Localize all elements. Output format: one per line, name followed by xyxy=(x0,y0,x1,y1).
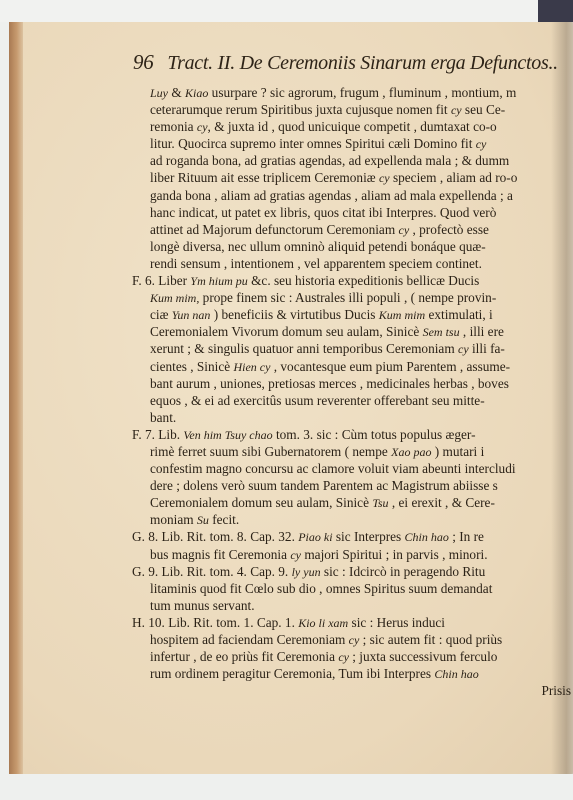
text-run: litur. Quocirca supremo inter omnes Spir… xyxy=(150,136,476,151)
adjacent-page-edge xyxy=(538,0,573,22)
text-run: litaminis quod fit Cœlo sub dio , omnes … xyxy=(150,581,492,596)
italic-term: Piao ki xyxy=(298,530,332,544)
page-number: 96 xyxy=(133,50,153,74)
citation-entry-line: G. 8. Lib. Rit. tom. 8. Cap. 32. Piao ki… xyxy=(132,528,573,545)
catchword: Prisis xyxy=(150,682,573,699)
text-line: rimè ferret suum sibi Gubernatorem ( nem… xyxy=(150,443,573,460)
text-line: ad roganda bona, ad gratias agendas, ad … xyxy=(150,152,573,169)
text-run: liber Rituum ait esse triplicem Ceremoni… xyxy=(150,170,379,185)
italic-term: cy xyxy=(197,120,208,134)
italic-term: Chin hao xyxy=(405,530,449,544)
body-text: Luy & Kiao usurpare ? sic agrorum, frugu… xyxy=(150,84,573,699)
text-line: cientes , Sinicè Hien cy , vocantesque e… xyxy=(150,358,573,375)
text-run: ceterarumque rerum Spiritibus juxta cuju… xyxy=(150,102,451,117)
text-run: G. 9. Lib. Rit. tom. 4. Cap. 9. xyxy=(132,564,292,579)
text-line: xerunt ; & singulis quatuor anni tempori… xyxy=(150,340,573,357)
text-run: ) mutari i xyxy=(431,444,484,459)
text-run: ganda bona , aliam ad gratias agendas , … xyxy=(150,188,513,203)
text-line: Ceremonialem Vivorum domum seu aulam, Si… xyxy=(150,323,573,340)
italic-term: cy xyxy=(458,342,469,356)
text-line: ciæ Yun nan ) beneficiis & virtutibus Du… xyxy=(150,306,573,323)
text-run: majori Spiritui ; in parvis , minori. xyxy=(301,547,488,562)
italic-term: Ym hium pu xyxy=(190,274,247,288)
text-line: attinet ad Majorum defunctorum Ceremonia… xyxy=(150,221,573,238)
text-run: bant aurum , uniones, pretiosas merces ,… xyxy=(150,376,509,391)
text-run: hanc indicat, ut patet ex libris, quos c… xyxy=(150,205,496,220)
text-run: usurpare ? sic agrorum, frugum , fluminu… xyxy=(208,85,516,100)
text-run: bus magnis fit Ceremonia xyxy=(150,547,290,562)
text-run: prope finem sic : Australes illi populi … xyxy=(199,290,496,305)
italic-term: ly yun xyxy=(292,565,321,579)
text-run: F. 6. Liber xyxy=(132,273,190,288)
text-line: remonia cy, & juxta id , quod unicuique … xyxy=(150,118,573,135)
text-line: rum ordinem peragitur Ceremonia, Tum ibi… xyxy=(150,665,573,682)
italic-term: Su xyxy=(197,513,209,527)
text-line: rendi sensum , intentionem , vel apparen… xyxy=(150,255,573,272)
italic-term: cy xyxy=(349,633,360,647)
text-line: bus magnis fit Ceremonia cy majori Spiri… xyxy=(150,546,573,563)
running-title: Tract. II. De Ceremoniis Sinarum erga De… xyxy=(167,52,557,74)
running-header: 96Tract. II. De Ceremoniis Sinarum erga … xyxy=(133,50,573,75)
italic-term: Ven him Tsuy chao xyxy=(183,428,272,442)
italic-term: cy xyxy=(290,548,301,562)
text-line: ceterarumque rerum Spiritibus juxta cuju… xyxy=(150,101,573,118)
text-run: tom. 3. sic : Cùm totus populus æger- xyxy=(273,427,476,442)
italic-term: cy xyxy=(338,650,349,664)
italic-term: cy xyxy=(476,137,487,151)
text-line: infertur , de eo priùs fit Ceremonia cy … xyxy=(150,648,573,665)
text-line: litur. Quocirca supremo inter omnes Spir… xyxy=(150,135,573,152)
text-run: ; juxta successivum ferculo xyxy=(349,649,497,664)
text-run: equos , & ei ad exercitûs usum reverente… xyxy=(150,393,485,408)
italic-term: Kiao xyxy=(185,86,208,100)
text-run: ; In re xyxy=(449,529,484,544)
text-run: infertur , de eo priùs fit Ceremonia xyxy=(150,649,338,664)
citation-entry-line: F. 7. Lib. Ven him Tsuy chao tom. 3. sic… xyxy=(132,426,573,443)
italic-term: Tsu xyxy=(372,496,388,510)
italic-term: Sem tsu xyxy=(423,325,460,339)
text-run: ciæ xyxy=(150,307,172,322)
text-run: moniam xyxy=(150,512,197,527)
citation-entry-line: H. 10. Lib. Rit. tom. 1. Cap. 1. Kio li … xyxy=(132,614,573,631)
background-bottom xyxy=(0,774,573,800)
text-run: sic : Herus induci xyxy=(348,615,445,630)
text-line: tum munus servant. xyxy=(150,597,573,614)
italic-term: Kio li xam xyxy=(298,616,348,630)
italic-term: cy xyxy=(451,103,462,117)
text-run: fecit. xyxy=(209,512,239,527)
text-run: , ei erexit , & Cere- xyxy=(389,495,495,510)
text-line: Kum mim, prope finem sic : Australes ill… xyxy=(150,289,573,306)
text-line: litaminis quod fit Cœlo sub dio , omnes … xyxy=(150,580,573,597)
italic-term: Luy xyxy=(150,86,168,100)
text-run: sic Interpres xyxy=(333,529,405,544)
text-run: , & juxta id , quod unicuique competit ,… xyxy=(208,119,497,134)
text-line: hanc indicat, ut patet ex libris, quos c… xyxy=(150,204,573,221)
italic-term: Xao pao xyxy=(391,445,431,459)
text-run: G. 8. Lib. Rit. tom. 8. Cap. 32. xyxy=(132,529,298,544)
text-run: rendi sensum , intentionem , vel apparen… xyxy=(150,256,482,271)
text-run: illi fa- xyxy=(469,341,505,356)
citation-entry-line: G. 9. Lib. Rit. tom. 4. Cap. 9. ly yun s… xyxy=(132,563,573,580)
text-run: extimulati, i xyxy=(425,307,493,322)
text-run: Ceremonialem domum seu aulam, Sinicè xyxy=(150,495,372,510)
text-line: bant aurum , uniones, pretiosas merces ,… xyxy=(150,375,573,392)
italic-term: cy xyxy=(379,171,390,185)
text-run: sic : Idcircò in peragendo Ritu xyxy=(321,564,486,579)
italic-term: Kum mim xyxy=(379,308,425,322)
text-run: F. 7. Lib. xyxy=(132,427,183,442)
text-line: moniam Su fecit. xyxy=(150,511,573,528)
text-line: liber Rituum ait esse triplicem Ceremoni… xyxy=(150,169,573,186)
text-line: equos , & ei ad exercitûs usum reverente… xyxy=(150,392,573,409)
show-through-text xyxy=(170,706,550,740)
text-run: dere ; dolens verò suum tandem Parentem … xyxy=(150,478,498,493)
text-run: Ceremonialem Vivorum domum seu aulam, Si… xyxy=(150,324,423,339)
text-run: remonia xyxy=(150,119,197,134)
text-line: hospitem ad faciendam Ceremoniam cy ; si… xyxy=(150,631,573,648)
text-run: rimè ferret suum sibi Gubernatorem ( nem… xyxy=(150,444,391,459)
text-run: seu Ce- xyxy=(462,102,506,117)
text-run: xerunt ; & singulis quatuor anni tempori… xyxy=(150,341,458,356)
text-run: ; sic autem fit : quod priùs xyxy=(359,632,502,647)
text-run: hospitem ad faciendam Ceremoniam xyxy=(150,632,349,647)
text-run: speciem , aliam ad ro-o xyxy=(390,170,518,185)
text-run: , vocantesque eum pium Parentem , assume… xyxy=(270,359,510,374)
text-run: & xyxy=(168,85,185,100)
citation-entry-line: F. 6. Liber Ym hium pu &c. seu historia … xyxy=(132,272,573,289)
text-run: bant. xyxy=(150,410,176,425)
background-top xyxy=(0,0,573,22)
text-run: longè diversa, nec ullum omninò aliquid … xyxy=(150,239,486,254)
text-line: confestim magno concursu ac clamore volu… xyxy=(150,460,573,477)
text-run: confestim magno concursu ac clamore volu… xyxy=(150,461,516,476)
text-run: attinet ad Majorum defunctorum Ceremonia… xyxy=(150,222,399,237)
text-run: cientes , Sinicè xyxy=(150,359,233,374)
italic-term: Kum mim, xyxy=(150,291,199,305)
text-run: tum munus servant. xyxy=(150,598,255,613)
text-line: longè diversa, nec ullum omninò aliquid … xyxy=(150,238,573,255)
italic-term: Yun nan xyxy=(172,308,211,322)
text-run: , profectò esse xyxy=(409,222,489,237)
text-line: dere ; dolens verò suum tandem Parentem … xyxy=(150,477,573,494)
text-run: ad roganda bona, ad gratias agendas, ad … xyxy=(150,153,509,168)
text-line: Luy & Kiao usurpare ? sic agrorum, frugu… xyxy=(150,84,573,101)
text-line: bant. xyxy=(150,409,573,426)
page-spine-edge xyxy=(9,22,23,774)
text-run: rum ordinem peragitur Ceremonia, Tum ibi… xyxy=(150,666,434,681)
text-run: H. 10. Lib. Rit. tom. 1. Cap. 1. xyxy=(132,615,298,630)
text-run: , illi ere xyxy=(460,324,504,339)
italic-term: Chin hao xyxy=(434,667,478,681)
text-run: &c. seu historia expeditionis bellicæ Du… xyxy=(248,273,480,288)
italic-term: cy xyxy=(399,223,410,237)
text-line: Ceremonialem domum seu aulam, Sinicè Tsu… xyxy=(150,494,573,511)
italic-term: Hien cy xyxy=(233,360,270,374)
text-run: ) beneficiis & virtutibus Ducis xyxy=(210,307,378,322)
text-line: ganda bona , aliam ad gratias agendas , … xyxy=(150,187,573,204)
